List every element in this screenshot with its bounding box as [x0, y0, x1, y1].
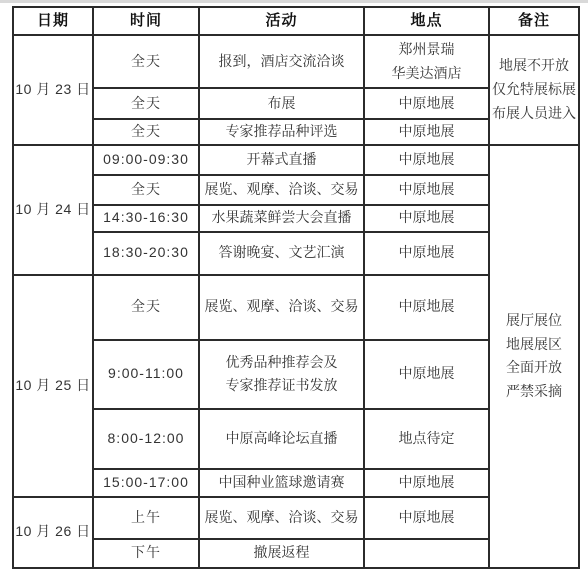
schedule-table: 日期 时间 活动 地点 备注 10 月 23 日 全天 报到，酒店交流洽谈 郑州…	[12, 6, 580, 569]
note-cell: 地展不开放 仅允特展标展 布展人员进入	[489, 35, 579, 145]
table-row: 10 月 23 日 全天 报到，酒店交流洽谈 郑州景瑞 华美达酒店 地展不开放 …	[13, 35, 579, 88]
column-header-activity: 活动	[199, 7, 364, 35]
activity-cell: 展览、观摩、洽谈、交易	[199, 497, 364, 539]
activity-cell: 中原高峰论坛直播	[199, 409, 364, 469]
date-cell: 10 月 24 日	[13, 145, 93, 275]
activity-cell: 答谢晚宴、文艺汇演	[199, 232, 364, 275]
activity-cell: 专家推荐品种评选	[199, 119, 364, 145]
time-cell: 9:00-11:00	[93, 340, 199, 409]
time-cell: 全天	[93, 35, 199, 88]
column-header-note: 备注	[489, 7, 579, 35]
activity-cell: 优秀品种推荐会及 专家推荐证书发放	[199, 340, 364, 409]
column-header-date: 日期	[13, 7, 93, 35]
location-cell: 地点待定	[364, 409, 489, 469]
date-cell: 10 月 26 日	[13, 497, 93, 568]
location-cell: 郑州景瑞 华美达酒店	[364, 35, 489, 88]
time-cell: 全天	[93, 119, 199, 145]
header-row: 日期 时间 活动 地点 备注	[13, 7, 579, 35]
location-cell: 中原地展	[364, 275, 489, 340]
time-cell: 8:00-12:00	[93, 409, 199, 469]
location-cell: 中原地展	[364, 232, 489, 275]
location-cell: 中原地展	[364, 340, 489, 409]
location-cell: 中原地展	[364, 119, 489, 145]
time-cell: 15:00-17:00	[93, 469, 199, 497]
time-cell: 09:00-09:30	[93, 145, 199, 175]
column-header-location: 地点	[364, 7, 489, 35]
time-cell: 上午	[93, 497, 199, 539]
activity-cell: 展览、观摩、洽谈、交易	[199, 175, 364, 205]
activity-cell: 布展	[199, 88, 364, 119]
time-cell: 全天	[93, 88, 199, 119]
location-cell: 中原地展	[364, 469, 489, 497]
location-cell: 中原地展	[364, 88, 489, 119]
location-cell: 中原地展	[364, 205, 489, 232]
location-cell: 中原地展	[364, 497, 489, 539]
activity-cell: 展览、观摩、洽谈、交易	[199, 275, 364, 340]
location-cell: 中原地展	[364, 145, 489, 175]
location-cell	[364, 539, 489, 568]
activity-cell: 中国种业篮球邀请赛	[199, 469, 364, 497]
time-cell: 全天	[93, 275, 199, 340]
date-cell: 10 月 25 日	[13, 275, 93, 497]
activity-cell: 水果蔬菜鲜尝大会直播	[199, 205, 364, 232]
column-header-time: 时间	[93, 7, 199, 35]
activity-cell: 报到，酒店交流洽谈	[199, 35, 364, 88]
time-cell: 下午	[93, 539, 199, 568]
activity-cell: 开幕式直播	[199, 145, 364, 175]
table-row: 10 月 24 日 09:00-09:30 开幕式直播 中原地展 展厅展位 地展…	[13, 145, 579, 175]
time-cell: 14:30-16:30	[93, 205, 199, 232]
time-cell: 全天	[93, 175, 199, 205]
date-cell: 10 月 23 日	[13, 35, 93, 145]
location-cell: 中原地展	[364, 175, 489, 205]
top-edge-strip	[0, 0, 588, 3]
time-cell: 18:30-20:30	[93, 232, 199, 275]
shared-note-cell: 展厅展位 地展展区 全面开放 严禁采摘	[489, 145, 579, 568]
activity-cell: 撤展返程	[199, 539, 364, 568]
